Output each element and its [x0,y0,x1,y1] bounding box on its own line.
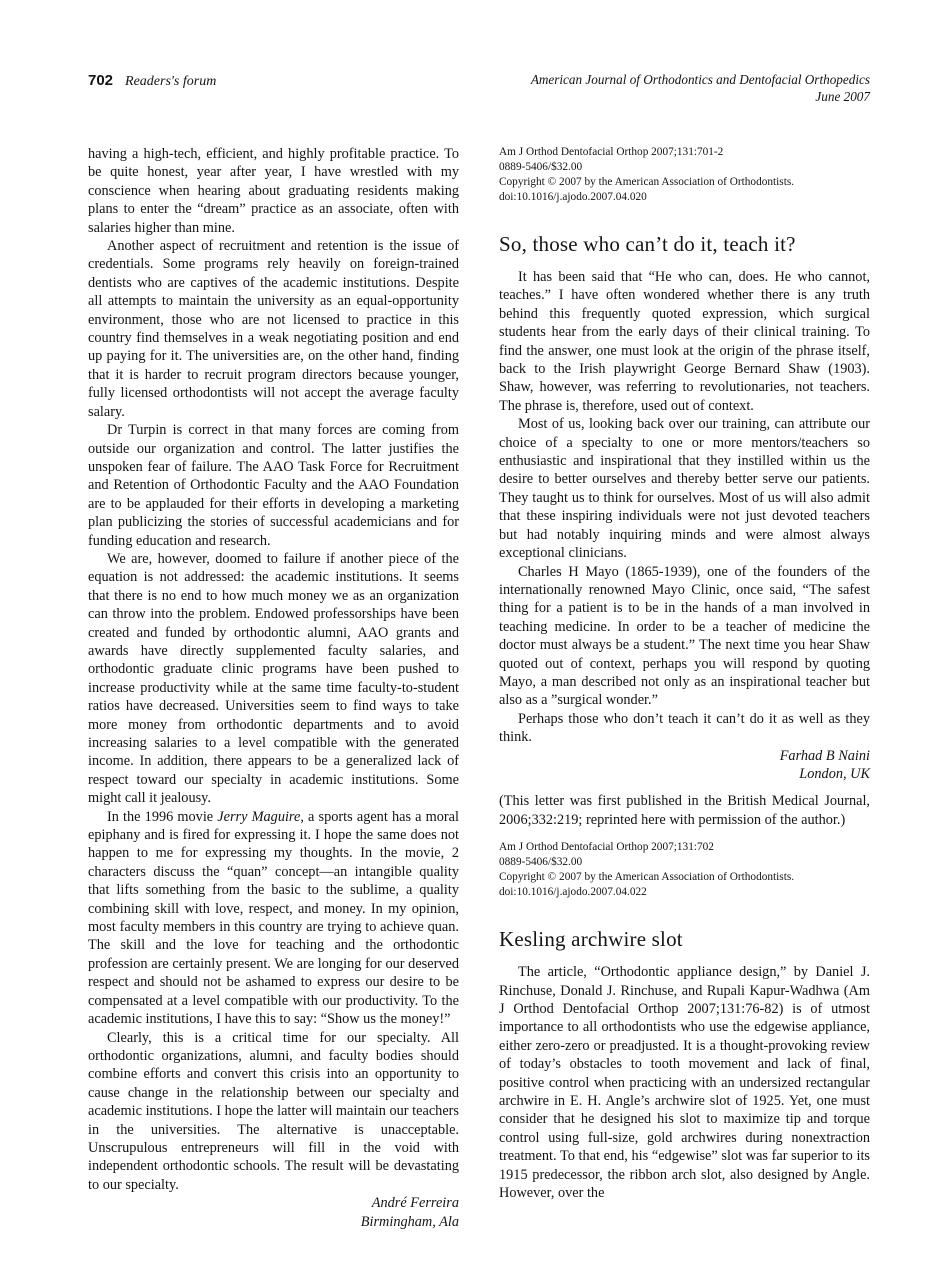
paragraph-text: , a sports agent has a moral epiphany an… [88,809,459,1027]
article-title: Kesling archwire slot [499,927,870,951]
letter-paragraph: Perhaps those who don’t teach it can’t d… [499,710,870,747]
right-column: Am J Orthod Dentofacial Orthop 2007;131:… [499,145,870,1231]
citation-line: Am J Orthod Dentofacial Orthop 2007;131:… [499,840,870,855]
letter-paragraph: We are, however, doomed to failure if an… [88,550,459,808]
letter-paragraph: Dr Turpin is correct in that many forces… [88,421,459,550]
signature-name: André Ferreira [88,1194,459,1212]
citation-line: doi:10.1016/j.ajodo.2007.04.022 [499,885,870,900]
citation-block: Am J Orthod Dentofacial Orthop 2007;131:… [499,840,870,900]
issue-date: June 2007 [531,89,870,106]
two-column-body: having a high-tech, efficient, and highl… [88,145,870,1231]
citation-line: Copyright © 2007 by the American Associa… [499,175,870,190]
letter-paragraph: It has been said that “He who can, does.… [499,268,870,415]
citation-line: 0889-5406/$32.00 [499,855,870,870]
letter-paragraph: Charles H Mayo (1865-1939), one of the f… [499,563,870,710]
signature-location: London, UK [499,765,870,783]
letter-paragraph: Another aspect of recruitment and retent… [88,237,459,421]
citation-line: doi:10.1016/j.ajodo.2007.04.020 [499,190,870,205]
running-head-left: 702 Readers's forum [88,72,216,90]
citation-line: 0889-5406/$32.00 [499,160,870,175]
citation-block: Am J Orthod Dentofacial Orthop 2007;131:… [499,145,870,205]
section-title: Readers's forum [125,74,216,90]
signature-name: Farhad B Naini [499,747,870,765]
running-head-right: American Journal of Orthodontics and Den… [531,72,870,105]
journal-page: 702 Readers's forum American Journal of … [0,0,950,1272]
letter-paragraph: having a high-tech, efficient, and highl… [88,145,459,237]
running-head: 702 Readers's forum American Journal of … [88,72,870,105]
left-column: having a high-tech, efficient, and highl… [88,145,459,1231]
movie-title: Jerry Maguire [217,809,300,825]
paragraph-text: In the 1996 movie [107,809,217,825]
letter-paragraph: The article, “Orthodontic appliance desi… [499,963,870,1202]
citation-line: Copyright © 2007 by the American Associa… [499,870,870,885]
reprint-note: (This letter was first published in the … [499,792,870,829]
page-number: 702 [88,72,113,89]
journal-name: American Journal of Orthodontics and Den… [531,72,870,89]
letter-paragraph: In the 1996 movie Jerry Maguire, a sport… [88,808,459,1029]
citation-line: Am J Orthod Dentofacial Orthop 2007;131:… [499,145,870,160]
letter-paragraph: Most of us, looking back over our traini… [499,415,870,562]
letter-paragraph: Clearly, this is a critical time for our… [88,1029,459,1195]
article-title: So, those who can’t do it, teach it? [499,232,870,256]
signature-location: Birmingham, Ala [88,1213,459,1231]
